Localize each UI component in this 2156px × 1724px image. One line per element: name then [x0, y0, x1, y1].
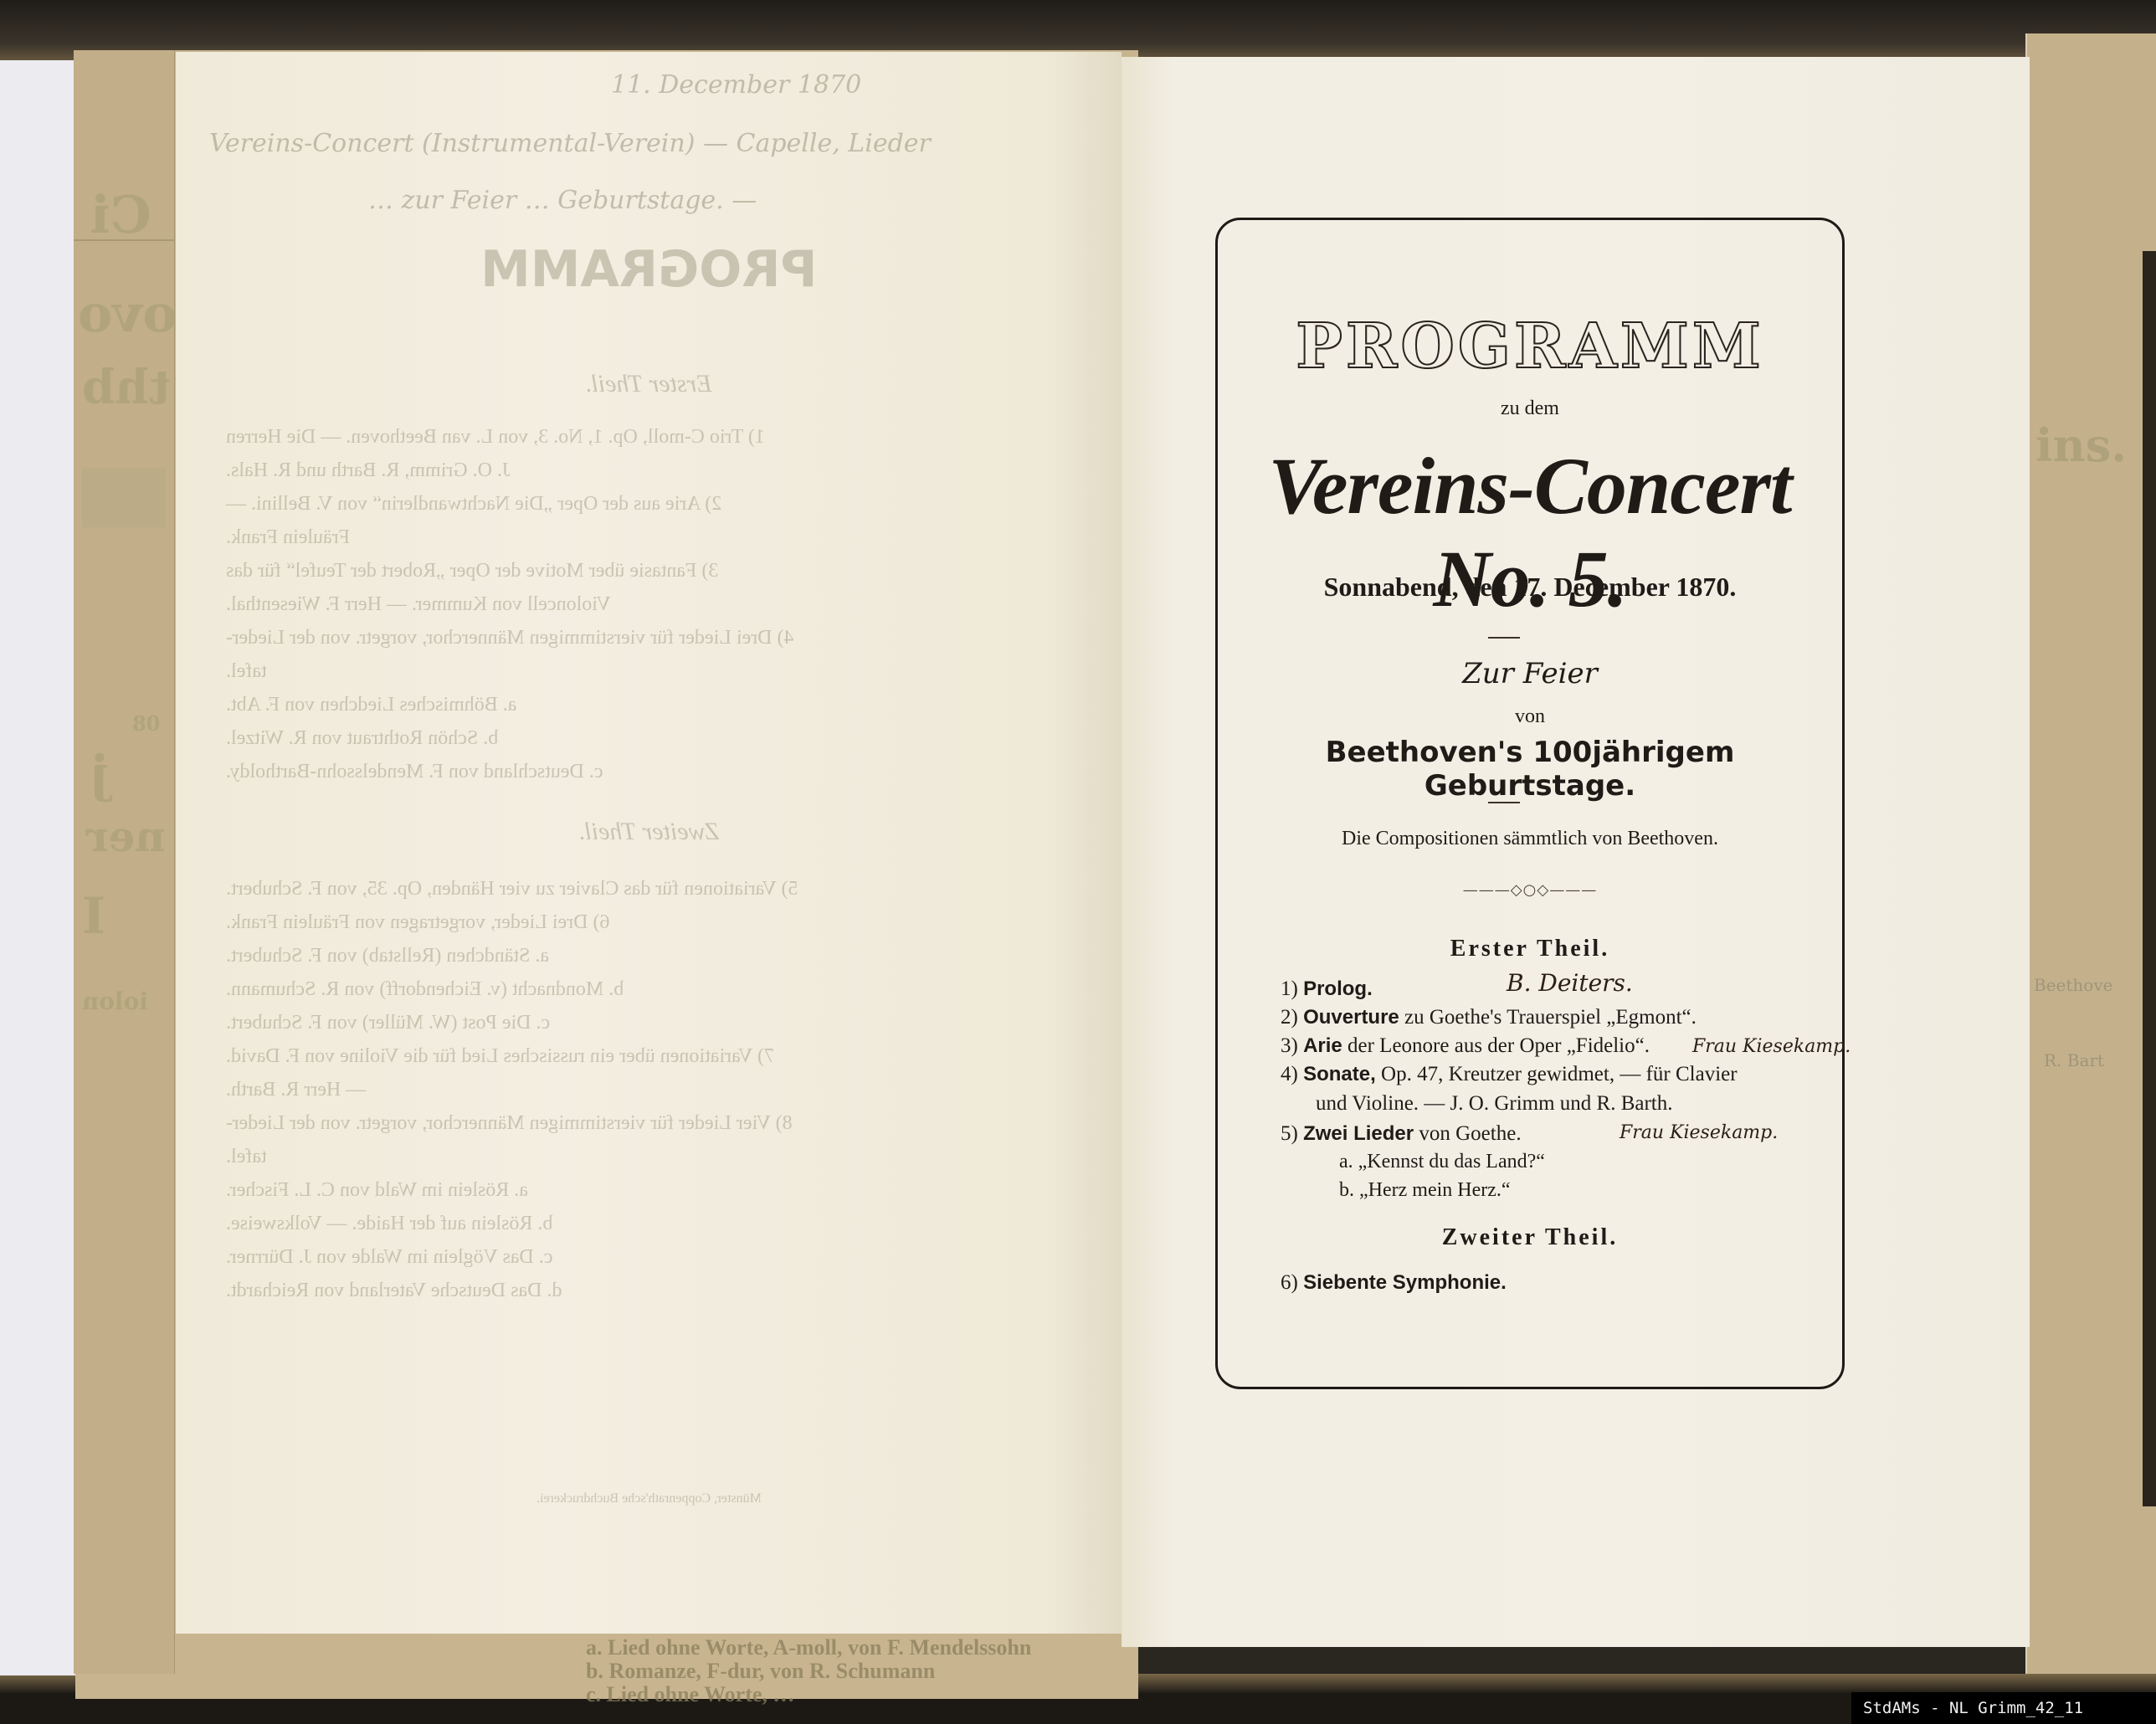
handwritten-performer: Frau Kiesekamp.: [1620, 1122, 1778, 1143]
bleed-fragment: Ci: [90, 184, 151, 245]
bleed-heading: Erster Theil.: [176, 370, 1122, 398]
book-edge: [2143, 251, 2156, 1506]
ornament-divider: ———◇○◇———: [1218, 881, 1842, 899]
backing-bottom-bleed: a. Lied ohne Worte, A-moll, von F. Mende…: [586, 1636, 1122, 1703]
programme-item: 3) Arie der Leonore aus der Oper „Fideli…: [1281, 1034, 1650, 1058]
backing-paper-strip: Ci ovo thb 08 j ner I iolon: [74, 50, 175, 1674]
divider-rule: [1488, 637, 1520, 639]
bleed-heading: Zweiter Theil.: [176, 818, 1122, 846]
programme-item: 6) Siebente Symphonie.: [1281, 1271, 1507, 1295]
concert-date: Sonnabend, den 17. December 1870.: [1218, 572, 1842, 603]
handwritten-note-line: … zur Feier … Geburtstage. —: [368, 186, 757, 215]
programme-item: 2) Ouverture zu Goethe's Trauerspiel „Eg…: [1281, 1006, 1697, 1029]
bleed-fragment: iolon: [82, 988, 148, 1015]
bleed-fragment: thb: [82, 360, 171, 415]
programme-item-continuation: und Violine. — J. O. Grimm und R. Barth.: [1316, 1092, 1673, 1116]
programme-subitem: b. „Herz mein Herz.“: [1339, 1179, 1511, 1202]
programme-frame: PROGRAMM zu dem Vereins-Concert No. 5. S…: [1215, 218, 1845, 1389]
occasion-heading: Zur Feier: [1218, 657, 1842, 690]
programme-item: 4) Sonate, Op. 47, Kreutzer gewidmet, — …: [1281, 1063, 1738, 1086]
compositions-note: Die Compositionen sämmtlich von Beethove…: [1218, 828, 1842, 850]
divider-rule: [1488, 802, 1520, 803]
occasion-von: von: [1218, 706, 1842, 728]
handwritten-performer: B. Deiters.: [1507, 969, 1633, 997]
subtitle-zu-dem: zu dem: [1218, 398, 1842, 420]
handwritten-performer: Frau Kiesekamp.: [1692, 1036, 1851, 1057]
bleed-fragment: ins.: [2035, 418, 2127, 472]
bleed-fragment: R. Bart: [2044, 1050, 2104, 1070]
bleed-title: PROGRAMM: [176, 240, 1122, 299]
bleed-fragment: 08: [132, 711, 160, 736]
archive-caption: StdAMs - NL Grimm_42_11: [1851, 1692, 2156, 1724]
handwritten-note-line: Vereins-Concert (Instrumental-Verein) — …: [209, 129, 931, 158]
bleed-fragment: Beethove: [2034, 975, 2112, 995]
handwritten-date: 11. December 1870: [611, 70, 861, 100]
programme-subitem: a. „Kennst du das Land?“: [1339, 1151, 1545, 1173]
strip-rule: [74, 239, 174, 241]
bleed-fragment: j: [90, 745, 109, 803]
bleed-block: [82, 469, 166, 527]
bleed-fragment: ovo: [78, 283, 177, 344]
section-heading-part1: Erster Theil.: [1218, 936, 1842, 962]
occasion-line: Beethoven's 100jährigem Geburtstage.: [1218, 736, 1842, 803]
bleed-part2-lines: 5) Variationen für das Clavier zu vier H…: [226, 872, 1080, 1307]
bleed-fragment: I: [82, 887, 105, 946]
section-heading-part2: Zweiter Theil.: [1218, 1224, 1842, 1251]
programme-item: 1) Prolog.: [1281, 977, 1373, 1001]
backing-paper-right: ins. Beethove R. Bart: [2025, 33, 2156, 1674]
left-page: 11. December 1870 Vereins-Concert (Instr…: [176, 52, 1122, 1634]
bleed-fragment: ner: [86, 812, 166, 861]
programme-item: 5) Zwei Lieder von Goethe.: [1281, 1122, 1522, 1146]
bleed-part1-lines: 1) Trio C-moll, Op. 1, No. 3, von L. van…: [226, 420, 1080, 788]
programme-title: PROGRAMM: [1218, 310, 1842, 382]
bleed-printer-line: Münster, Coppenrath'sche Buchdruckerei.: [176, 1491, 1122, 1506]
